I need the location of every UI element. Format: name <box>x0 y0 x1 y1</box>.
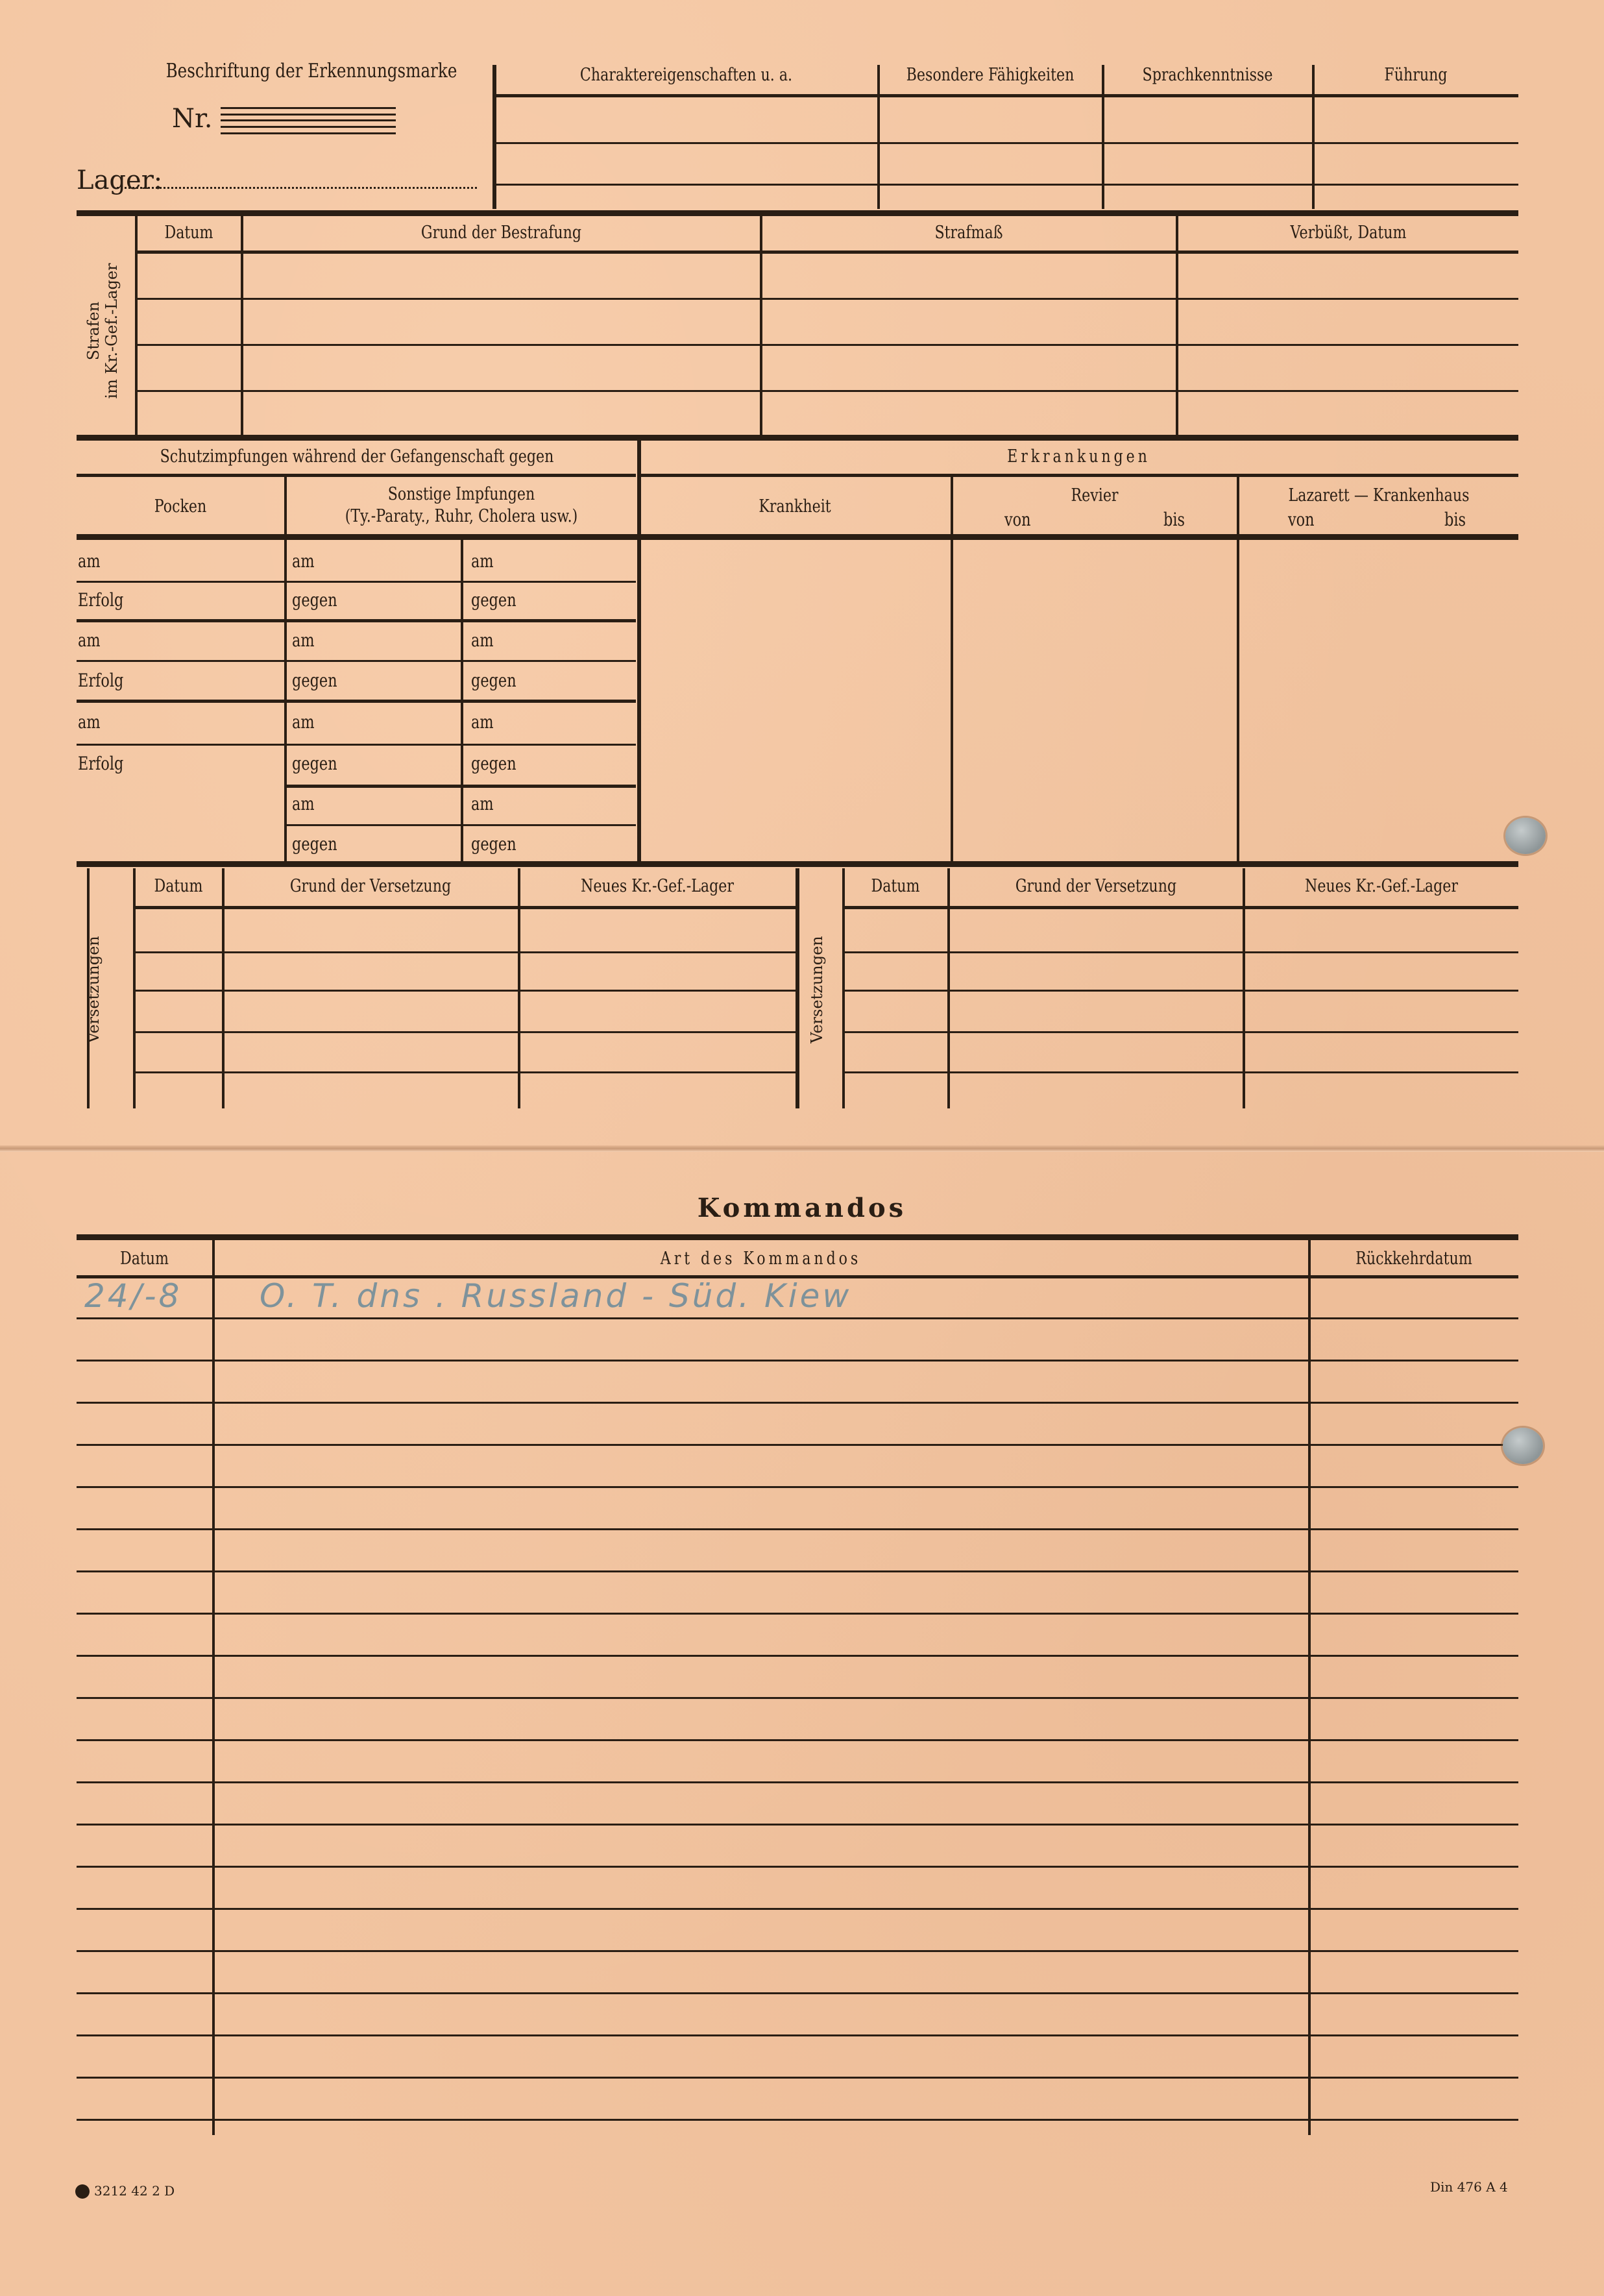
din-format: Din 476 A 4 <box>1430 2179 1508 2195</box>
pocken-erfolg-3[interactable]: Erfolg <box>78 753 123 774</box>
other-gegen-3a[interactable]: gegen <box>292 753 337 774</box>
other-am-3b[interactable]: am <box>471 711 494 733</box>
rule-line <box>77 1908 1518 1910</box>
entry-datum: 24/-8 <box>84 1277 182 1315</box>
col-pocken: Pocken <box>96 496 264 517</box>
rule-line <box>77 2119 1518 2121</box>
transfers-side-label-right: Versetzungen <box>808 925 834 1055</box>
punch-hole <box>1503 1428 1543 1464</box>
col-fuehrung: Führung <box>1333 65 1499 85</box>
divider <box>77 210 1518 216</box>
other-gegen-2b[interactable]: gegen <box>471 670 516 691</box>
other-gegen-2a[interactable]: gegen <box>292 670 337 691</box>
col-grund-bestrafung: Grund der Bestrafung <box>290 223 713 243</box>
entry-art: O. T. dns . Russland - Süd. Kiew <box>260 1277 851 1315</box>
rule-line <box>77 2077 1518 2079</box>
rule-line <box>77 1950 1518 1952</box>
other-am-2b[interactable]: am <box>471 629 494 651</box>
punishments-side-label: Strafen im Kr.-Gef.-Lager <box>84 260 123 402</box>
rule-line <box>77 2034 1518 2036</box>
col-lazarett: Lazarett — Krankenhaus <box>1265 485 1494 506</box>
transfer-right-col-datum: Datum <box>854 876 937 896</box>
punch-hole <box>1505 818 1546 854</box>
other-am-4a[interactable]: am <box>292 793 315 814</box>
col-faehigkeiten: Besondere Fähigkeiten <box>900 65 1081 85</box>
other-gegen-4a[interactable]: gegen <box>292 833 337 855</box>
pocken-am-2[interactable]: am <box>78 629 101 651</box>
kommandos-col-art: Art des Kommandos <box>313 1249 1208 1269</box>
other-am-2a[interactable]: am <box>292 629 315 651</box>
other-am-4b[interactable]: am <box>471 793 494 814</box>
col-charakter: Charaktereigenschaften u. a. <box>531 65 842 85</box>
col-strafmass: Strafmaß <box>799 223 1138 243</box>
rule-line <box>77 1613 1518 1615</box>
rule-line <box>77 1992 1518 1994</box>
pocken-am-1[interactable]: am <box>78 550 101 572</box>
pocken-am-3[interactable]: am <box>78 711 101 733</box>
rule-line <box>77 1570 1518 1572</box>
pocken-erfolg-2[interactable]: Erfolg <box>78 670 123 691</box>
col-krankheit: Krankheit <box>668 496 922 517</box>
rule-line <box>77 1360 1518 1362</box>
lazarett-von: von <box>1288 509 1315 530</box>
other-am-1b[interactable]: am <box>471 550 494 572</box>
rule-line <box>77 1781 1518 1783</box>
transfer-right-col-lager: Neues Kr.-Gef.-Lager <box>1270 876 1493 896</box>
revier-von: von <box>1004 509 1031 530</box>
transfer-right-col-grund: Grund der Versetzung <box>977 876 1216 896</box>
rule-line <box>77 1444 1518 1446</box>
rule-line <box>77 1655 1518 1657</box>
rule-line <box>77 1402 1518 1404</box>
col-verbuesst: Verbüßt, Datum <box>1209 223 1488 243</box>
transfer-left-col-grund: Grund der Versetzung <box>251 876 491 896</box>
lazarett-bis: bis <box>1444 509 1466 530</box>
pocken-erfolg-1[interactable]: Erfolg <box>78 589 123 611</box>
col-revier: Revier <box>978 485 1211 506</box>
kommandos-col-datum: Datum <box>90 1249 199 1269</box>
fold-line <box>0 1145 1604 1152</box>
id-tag-title: Beschriftung der Erkennungsmarke <box>152 60 471 82</box>
kommandos-col-rueckkehr: Rückkehrdatum <box>1330 1249 1499 1269</box>
vaccinations-title: Schutzimpfungen während der Gefangenscha… <box>128 446 585 467</box>
other-am-3a[interactable]: am <box>292 711 315 733</box>
other-gegen-3b[interactable]: gegen <box>471 753 516 774</box>
other-gegen-4b[interactable]: gegen <box>471 833 516 855</box>
rule-line <box>77 1317 1518 1319</box>
other-am-1a[interactable]: am <box>292 550 315 572</box>
col-sprachkenntnisse: Sprachkenntnisse <box>1123 65 1293 85</box>
transfer-left-col-lager: Neues Kr.-Gef.-Lager <box>545 876 770 896</box>
rule-line <box>77 1739 1518 1741</box>
printer-mark-icon <box>75 2184 90 2199</box>
lager-field[interactable] <box>117 187 477 189</box>
rule-line <box>77 1697 1518 1699</box>
print-code: 3212 42 2 D <box>94 2183 175 2199</box>
col-sonstige-impfungen: Sonstige Impfungen (Ty.-Paraty., Ruhr, C… <box>318 483 604 528</box>
nr-label: Nr. <box>172 104 212 134</box>
rule-line <box>77 1866 1518 1868</box>
other-gegen-1b[interactable]: gegen <box>471 589 516 611</box>
kommandos-title: Kommandos <box>672 1193 932 1223</box>
lager-label: Lager: <box>77 165 162 195</box>
rule-line <box>77 1824 1518 1826</box>
revier-bis: bis <box>1163 509 1185 530</box>
rule-line <box>77 1486 1518 1488</box>
transfer-left-col-datum: Datum <box>143 876 213 896</box>
rule-line <box>77 1528 1518 1530</box>
illnesses-title: Erkrankungen <box>718 446 1439 467</box>
col-datum: Datum <box>147 223 231 243</box>
other-gegen-1a[interactable]: gegen <box>292 589 337 611</box>
